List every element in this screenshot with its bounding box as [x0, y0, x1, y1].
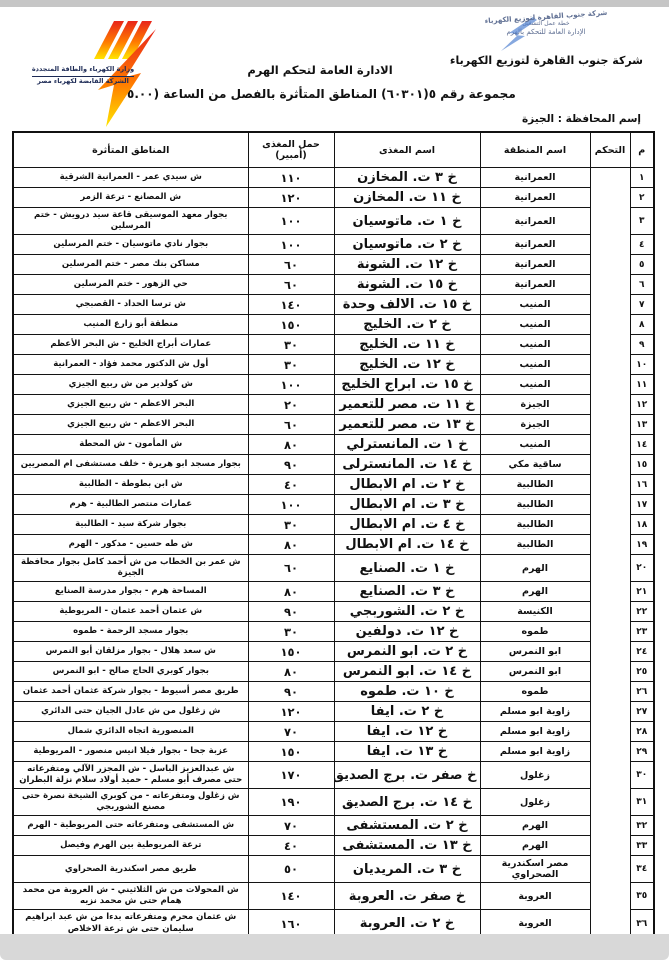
- table-row: ١العمرانيةخ ٣ ت. المخازن١١٠ش سيدي عمر - …: [13, 168, 654, 188]
- table-body: ١العمرانيةخ ٣ ت. المخازن١١٠ش سيدي عمر - …: [13, 168, 654, 938]
- row-number-cell: ٣١: [630, 789, 654, 816]
- affected-areas-cell: ش عبدالعزيز الباسل - ش المجزر الآلي ومتف…: [13, 762, 248, 789]
- table-row: ٢٩زاوية ابو مسلمخ ١٣ ت. ايفا١٥٠عزبة جحا …: [13, 742, 654, 762]
- affected-areas-cell: بجوار نادي ماتوسيان - ختم المرسلين: [13, 235, 248, 255]
- table-row: ٢٠الهرمخ ١ ت. الصنايع٦٠ش عمر بن الخطاب م…: [13, 555, 654, 582]
- column-header-region: اسم المنطقة: [480, 132, 590, 168]
- affected-areas-cell: ش المصانع - ترعة الزمر: [13, 188, 248, 208]
- row-number-cell: ٣٢: [630, 816, 654, 836]
- load-cell: ٩٠: [248, 682, 334, 702]
- region-cell: العروبة: [480, 883, 590, 910]
- row-number-cell: ١٨: [630, 515, 654, 535]
- table-row: ١٤المنيبخ ١ ت. المانسترلي٨٠ش المأمون - ش…: [13, 435, 654, 455]
- load-cell: ١١٠: [248, 168, 334, 188]
- feeder-cell: خ ١٠ ت. طموه: [334, 682, 480, 702]
- feeder-cell: خ ١١ ت. المخازن: [334, 188, 480, 208]
- region-cell: العمرانية: [480, 255, 590, 275]
- affected-areas-cell: حي الزهور - ختم المرسلين: [13, 275, 248, 295]
- feeder-cell: خ ٢ ت. ايفا: [334, 702, 480, 722]
- feeder-cell: خ ٢ ت. المستشفى: [334, 816, 480, 836]
- row-number-cell: ٣: [630, 208, 654, 235]
- table-row: ١٣الجيزةخ ١٣ ت. مصر للتعمير٦٠البحر الاعظ…: [13, 415, 654, 435]
- load-cell: ١٥٠: [248, 742, 334, 762]
- feeder-cell: خ ١٥ ت. الالف وحدة: [334, 295, 480, 315]
- load-cell: ١٠٠: [248, 235, 334, 255]
- load-cell: ١٢٠: [248, 702, 334, 722]
- region-cell: الطالبية: [480, 475, 590, 495]
- affected-areas-cell: بجوار معهد الموسيقى قاعة سيد درويش - ختم…: [13, 208, 248, 235]
- region-cell: الهرم: [480, 816, 590, 836]
- region-cell: ابو النمرس: [480, 642, 590, 662]
- ministry-logo: وزارة الكهرباء والطاقة المتجددة الشركة ا…: [28, 15, 198, 130]
- column-header-control: التحكم: [590, 132, 630, 168]
- affected-areas-cell: ش زغلول ومتفرعاته - من كوبري الشيخة نصرة…: [13, 789, 248, 816]
- table-row: ٢٥ابو النمرسخ ١٤ ت. ابو النمرس٨٠بجوار كو…: [13, 662, 654, 682]
- affected-areas-cell: ش سعد هلال - بجوار مزلقان أبو النمرس: [13, 642, 248, 662]
- table-row: ٥العمرانيةخ ١٢ ت. الشونة٦٠مساكن بنك مصر …: [13, 255, 654, 275]
- affected-areas-cell: طريق مصر اسكندرية الصحراوي: [13, 856, 248, 883]
- feeder-cell: خ ١٤ ت. ابو النمرس: [334, 662, 480, 682]
- table-row: ٧المنيبخ ١٥ ت. الالف وحدة١٤٠ش ترسا الحدا…: [13, 295, 654, 315]
- row-number-cell: ٣٥: [630, 883, 654, 910]
- table-row: ٣٢الهرمخ ٢ ت. المستشفى٧٠ش المستشفى ومتفر…: [13, 816, 654, 836]
- load-cell: ٦٠: [248, 275, 334, 295]
- feeder-cell: خ ١١ ت. مصر للتعمير: [334, 395, 480, 415]
- region-cell: الطالبية: [480, 495, 590, 515]
- load-cell: ٦٠: [248, 255, 334, 275]
- ministry-line-1: وزارة الكهرباء والطاقة المتجددة: [32, 65, 134, 77]
- row-number-cell: ٣٤: [630, 856, 654, 883]
- row-number-cell: ٧: [630, 295, 654, 315]
- table-row: ٢٦طموهخ ١٠ ت. طموه٩٠طريق مصر أسيوط - بجو…: [13, 682, 654, 702]
- load-cell: ٢٠: [248, 395, 334, 415]
- affected-areas-cell: بجوار مسجد الرحمة - طموه: [13, 622, 248, 642]
- region-cell: المنيب: [480, 375, 590, 395]
- row-number-cell: ٢: [630, 188, 654, 208]
- load-cell: ١٠٠: [248, 375, 334, 395]
- load-cell: ٨٠: [248, 435, 334, 455]
- scan-edge-top: [0, 0, 669, 7]
- row-number-cell: ٥: [630, 255, 654, 275]
- region-cell: الهرم: [480, 836, 590, 856]
- region-cell: المنيب: [480, 295, 590, 315]
- region-cell: زغلول: [480, 789, 590, 816]
- row-number-cell: ٢٢: [630, 602, 654, 622]
- company-stamp: شركة جنوب القاهرة لتوزيع الكهرباء خطة عم…: [461, 13, 631, 57]
- scan-edge-bottom: [0, 934, 669, 960]
- load-cell: ٦٠: [248, 555, 334, 582]
- feeder-cell: خ ١٤ ت. برج الصديق: [334, 789, 480, 816]
- header-row: م التحكم اسم المنطقة اسم المغذى حمل المغ…: [13, 132, 654, 168]
- table-row: ١٧الطالبيةخ ٣ ت. ام الابطال١٠٠عمارات منت…: [13, 495, 654, 515]
- load-cell: ١٩٠: [248, 789, 334, 816]
- table-row: ١٥ساقية مكيخ ١٤ ت. المانسترلى٩٠بجوار مسج…: [13, 455, 654, 475]
- feeder-cell: خ ١٣ ت. ايفا: [334, 742, 480, 762]
- load-cell: ١٤٠: [248, 295, 334, 315]
- table-row: ٢٢الكنيسةخ ٢ ت. الشوربجي٩٠ش عثمان أحمد ع…: [13, 602, 654, 622]
- feeder-cell: خ ٢ ت. ماتوسيان: [334, 235, 480, 255]
- outage-table: م التحكم اسم المنطقة اسم المغذى حمل المغ…: [12, 131, 655, 939]
- region-cell: العمرانية: [480, 275, 590, 295]
- region-cell: زاوية ابو مسلم: [480, 722, 590, 742]
- row-number-cell: ٢٤: [630, 642, 654, 662]
- affected-areas-cell: ش ترسا الحداد - القصبجي: [13, 295, 248, 315]
- feeder-cell: خ صفر ت. العروبة: [334, 883, 480, 910]
- region-cell: ساقية مكي: [480, 455, 590, 475]
- region-cell: المنيب: [480, 355, 590, 375]
- ministry-line-2: الشركة القابضة لكهرباء مصر: [28, 77, 138, 87]
- affected-areas-cell: بجوار شركة سيد - الطالبية: [13, 515, 248, 535]
- row-number-cell: ١٣: [630, 415, 654, 435]
- region-cell: مصر اسكندرية الصحراوي: [480, 856, 590, 883]
- region-cell: العمرانية: [480, 168, 590, 188]
- table-row: ١٢الجيزةخ ١١ ت. مصر للتعمير٢٠البحر الاعظ…: [13, 395, 654, 415]
- row-number-cell: ٩: [630, 335, 654, 355]
- document-page: شركة جنوب القاهرة لتوزيع الكهرباء خطة عم…: [0, 7, 669, 934]
- affected-areas-cell: ش عمر بن الخطاب من ش أحمد كامل بجوار محا…: [13, 555, 248, 582]
- affected-areas-cell: ش المحولات من ش الثلاثيني - ش العروبة من…: [13, 883, 248, 910]
- row-number-cell: ٣٣: [630, 836, 654, 856]
- row-number-cell: ١١: [630, 375, 654, 395]
- table-row: ٣١زغلولخ ١٤ ت. برج الصديق١٩٠ش زغلول ومتف…: [13, 789, 654, 816]
- region-cell: العمرانية: [480, 235, 590, 255]
- feeder-cell: خ ١٢ ت. الشونة: [334, 255, 480, 275]
- region-cell: زاوية ابو مسلم: [480, 702, 590, 722]
- row-number-cell: ٢٥: [630, 662, 654, 682]
- region-cell: طموه: [480, 622, 590, 642]
- table-row: ٤العمرانيةخ ٢ ت. ماتوسيان١٠٠بجوار نادي م…: [13, 235, 654, 255]
- load-cell: ٦٠: [248, 415, 334, 435]
- region-cell: زغلول: [480, 762, 590, 789]
- region-cell: العمرانية: [480, 188, 590, 208]
- row-number-cell: ٢٨: [630, 722, 654, 742]
- region-cell: العمرانية: [480, 208, 590, 235]
- feeder-cell: خ ١٥ ت. الشونة: [334, 275, 480, 295]
- column-header-affected-areas: المناطق المتأثرة: [13, 132, 248, 168]
- load-cell: ١٥٠: [248, 642, 334, 662]
- region-cell: ابو النمرس: [480, 662, 590, 682]
- load-cell: ٣٠: [248, 622, 334, 642]
- affected-areas-cell: مساكن بنك مصر - ختم المرسلين: [13, 255, 248, 275]
- affected-areas-cell: عمارات منتصر الطالبية - هرم: [13, 495, 248, 515]
- row-number-cell: ٢١: [630, 582, 654, 602]
- table-row: ٣٠زغلولخ صفر ت. برج الصديق١٧٠ش عبدالعزيز…: [13, 762, 654, 789]
- load-cell: ٧٠: [248, 816, 334, 836]
- load-cell: ٨٠: [248, 535, 334, 555]
- row-number-cell: ٢٧: [630, 702, 654, 722]
- feeder-cell: خ ٣ ت. ام الابطال: [334, 495, 480, 515]
- load-cell: ٣٠: [248, 355, 334, 375]
- governorate-line: إسم المحافظة : الجيزة: [441, 113, 641, 125]
- row-number-cell: ٢٩: [630, 742, 654, 762]
- row-number-cell: ١٦: [630, 475, 654, 495]
- load-cell: ٨٠: [248, 582, 334, 602]
- feeder-cell: خ ٣ ت. المريديان: [334, 856, 480, 883]
- load-cell: ١٤٠: [248, 883, 334, 910]
- region-cell: الهرم: [480, 555, 590, 582]
- feeder-cell: خ ١ ت. المانسترلي: [334, 435, 480, 455]
- affected-areas-cell: ترعة المريوطية بين الهرم وفيصل: [13, 836, 248, 856]
- affected-areas-cell: ش طه حسين - مدكور - الهرم: [13, 535, 248, 555]
- feeder-cell: خ صفر ت. برج الصديق: [334, 762, 480, 789]
- affected-areas-cell: البحر الاعظم - ش ربيع الجيزي: [13, 415, 248, 435]
- table-row: ٣٤مصر اسكندرية الصحراويخ ٣ ت. المريديان٥…: [13, 856, 654, 883]
- control-merged-cell: [590, 168, 630, 938]
- load-cell: ١٧٠: [248, 762, 334, 789]
- table-row: ٨المنيبخ ٢ ت. الخليج١٥٠منطقة أبو زارع ال…: [13, 315, 654, 335]
- affected-areas-cell: ش كولدير من ش ربيع الجيزي: [13, 375, 248, 395]
- load-cell: ١٥٠: [248, 315, 334, 335]
- column-header-number: م: [630, 132, 654, 168]
- region-cell: زاوية ابو مسلم: [480, 742, 590, 762]
- row-number-cell: ١: [630, 168, 654, 188]
- load-cell: ٣٠: [248, 515, 334, 535]
- affected-areas-cell: بجوار كوبري الحاج صالح - ابو النمرس: [13, 662, 248, 682]
- feeder-cell: خ ١٢ ت. دولفين: [334, 622, 480, 642]
- table-row: ١٦الطالبيةخ ٢ ت. ام الابطال٤٠ش ابن بطوطة…: [13, 475, 654, 495]
- affected-areas-cell: المنصورية اتجاه الدائري شمال: [13, 722, 248, 742]
- row-number-cell: ١٠: [630, 355, 654, 375]
- outage-table-wrap: م التحكم اسم المنطقة اسم المغذى حمل المغ…: [14, 131, 655, 939]
- load-cell: ١٢٠: [248, 188, 334, 208]
- affected-areas-cell: طريق مصر أسيوط - بجوار شركة عثمان أحمد ع…: [13, 682, 248, 702]
- load-cell: ٨٠: [248, 662, 334, 682]
- table-row: ٢٧زاوية ابو مسلمخ ٢ ت. ايفا١٢٠ش زغلول من…: [13, 702, 654, 722]
- region-cell: الجيزة: [480, 395, 590, 415]
- feeder-cell: خ ١٤ ت. المانسترلى: [334, 455, 480, 475]
- affected-areas-cell: منطقة أبو زارع المنيب: [13, 315, 248, 335]
- feeder-cell: خ ٣ ت. المخازن: [334, 168, 480, 188]
- affected-areas-cell: المساحة هرم - بجوار مدرسة الصنايع: [13, 582, 248, 602]
- table-row: ٩المنيبخ ١١ ت. الخليج٣٠عمارات أبراج الخل…: [13, 335, 654, 355]
- affected-areas-cell: ش المأمون - ش المحطة: [13, 435, 248, 455]
- department-title: الادارة العامة لتحكم الهرم: [170, 63, 470, 77]
- feeder-cell: خ ١ ت. الصنايع: [334, 555, 480, 582]
- load-cell: ٤٠: [248, 475, 334, 495]
- stamp-line-3: الإدارة العامة للتحكم بالهرم: [461, 28, 631, 36]
- region-cell: الكنيسة: [480, 602, 590, 622]
- table-row: ١٩الطالبيةخ ١٤ ت. ام الابطال٨٠ش طه حسين …: [13, 535, 654, 555]
- load-cell: ٧٠: [248, 722, 334, 742]
- affected-areas-cell: بجوار مسجد ابو هريرة - خلف مستشفى ام الم…: [13, 455, 248, 475]
- region-cell: الطالبية: [480, 515, 590, 535]
- row-number-cell: ٢٣: [630, 622, 654, 642]
- row-number-cell: ١٢: [630, 395, 654, 415]
- feeder-cell: خ ١٣ ت. المستشفى: [334, 836, 480, 856]
- load-cell: ٩٠: [248, 602, 334, 622]
- table-row: ٢٨زاوية ابو مسلمخ ١٢ ت. ايفا٧٠المنصورية …: [13, 722, 654, 742]
- affected-areas-cell: ش المستشفى ومتفرعاته حتى المريوطية - اله…: [13, 816, 248, 836]
- region-cell: طموه: [480, 682, 590, 702]
- table-row: ٦العمرانيةخ ١٥ ت. الشونة٦٠حي الزهور - خت…: [13, 275, 654, 295]
- row-number-cell: ٣٠: [630, 762, 654, 789]
- row-number-cell: ١٤: [630, 435, 654, 455]
- table-row: ١٠المنيبخ ١٢ ت. الخليج٣٠أول ش الدكتور مح…: [13, 355, 654, 375]
- row-number-cell: ١٩: [630, 535, 654, 555]
- row-number-cell: ١٧: [630, 495, 654, 515]
- affected-areas-cell: عزبة جحا - بجوار فيلا انيس منصور - المري…: [13, 742, 248, 762]
- feeder-cell: خ ١٢ ت. ايفا: [334, 722, 480, 742]
- table-row: ١١المنيبخ ١٥ ت. ابراج الخليج١٠٠ش كولدير …: [13, 375, 654, 395]
- table-row: ٣العمرانيةخ ١ ت. ماتوسيان١٠٠بجوار معهد ا…: [13, 208, 654, 235]
- affected-areas-cell: ش عثمان أحمد عثمان - المريوطية: [13, 602, 248, 622]
- ministry-text: وزارة الكهرباء والطاقة المتجددة الشركة ا…: [28, 65, 138, 87]
- region-cell: الطالبية: [480, 535, 590, 555]
- table-row: ٢١الهرمخ ٣ ت. الصنايع٨٠المساحة هرم - بجو…: [13, 582, 654, 602]
- load-cell: ١٠٠: [248, 208, 334, 235]
- feeder-cell: خ ٢ ت. ابو النمرس: [334, 642, 480, 662]
- load-cell: ٩٠: [248, 455, 334, 475]
- row-number-cell: ١٥: [630, 455, 654, 475]
- affected-areas-cell: عمارات أبراج الخليج - ش البحر الأعظم: [13, 335, 248, 355]
- feeder-cell: خ ٢ ت. الشوربجي: [334, 602, 480, 622]
- feeder-cell: خ ١٤ ت. ام الابطال: [334, 535, 480, 555]
- affected-areas-cell: ش زغلول من ش عادل الجيان حتى الدائري: [13, 702, 248, 722]
- scanned-outage-schedule-document: { "header": { "company_name": "شركة جنوب…: [0, 0, 669, 960]
- feeder-cell: خ ٤ ت. ام الابطال: [334, 515, 480, 535]
- feeder-cell: خ ١٥ ت. ابراج الخليج: [334, 375, 480, 395]
- row-number-cell: ٦: [630, 275, 654, 295]
- feeder-cell: خ ٣ ت. الصنايع: [334, 582, 480, 602]
- affected-areas-cell: ش ابن بطوطة - الطالبية: [13, 475, 248, 495]
- feeder-cell: خ ١١ ت. الخليج: [334, 335, 480, 355]
- load-cell: ٥٠: [248, 856, 334, 883]
- table-row: ٢٣طموهخ ١٢ ت. دولفين٣٠بجوار مسجد الرحمة …: [13, 622, 654, 642]
- column-header-load: حمل المغذى (أمبير): [248, 132, 334, 168]
- feeder-cell: خ ٢ ت. ام الابطال: [334, 475, 480, 495]
- row-number-cell: ٨: [630, 315, 654, 335]
- table-row: ٣٥العروبةخ صفر ت. العروبة١٤٠ش المحولات م…: [13, 883, 654, 910]
- region-cell: الهرم: [480, 582, 590, 602]
- region-cell: المنيب: [480, 315, 590, 335]
- region-cell: الجيزة: [480, 415, 590, 435]
- row-number-cell: ٤: [630, 235, 654, 255]
- table-header: م التحكم اسم المنطقة اسم المغذى حمل المغ…: [13, 132, 654, 168]
- table-row: ١٨الطالبيةخ ٤ ت. ام الابطال٣٠بجوار شركة …: [13, 515, 654, 535]
- row-number-cell: ٢٦: [630, 682, 654, 702]
- feeder-cell: خ ٢ ت. الخليج: [334, 315, 480, 335]
- affected-areas-cell: البحر الاعظم - ش ربيع الجيزي: [13, 395, 248, 415]
- table-row: ٢العمرانيةخ ١١ ت. المخازن١٢٠ش المصانع - …: [13, 188, 654, 208]
- table-row: ٣٣الهرمخ ١٣ ت. المستشفى٤٠ترعة المريوطية …: [13, 836, 654, 856]
- table-row: ٢٤ابو النمرسخ ٢ ت. ابو النمرس١٥٠ش سعد هل…: [13, 642, 654, 662]
- affected-areas-cell: ش سيدي عمر - العمرانية الشرقية: [13, 168, 248, 188]
- affected-areas-cell: أول ش الدكتور محمد فؤاد - العمرانية: [13, 355, 248, 375]
- feeder-cell: خ ١٣ ت. مصر للتعمير: [334, 415, 480, 435]
- region-cell: المنيب: [480, 335, 590, 355]
- row-number-cell: ٢٠: [630, 555, 654, 582]
- column-header-feeder: اسم المغذى: [334, 132, 480, 168]
- load-cell: ١٠٠: [248, 495, 334, 515]
- load-cell: ٣٠: [248, 335, 334, 355]
- region-cell: المنيب: [480, 435, 590, 455]
- feeder-cell: خ ١٢ ت. الخليج: [334, 355, 480, 375]
- feeder-cell: خ ١ ت. ماتوسيان: [334, 208, 480, 235]
- load-cell: ٤٠: [248, 836, 334, 856]
